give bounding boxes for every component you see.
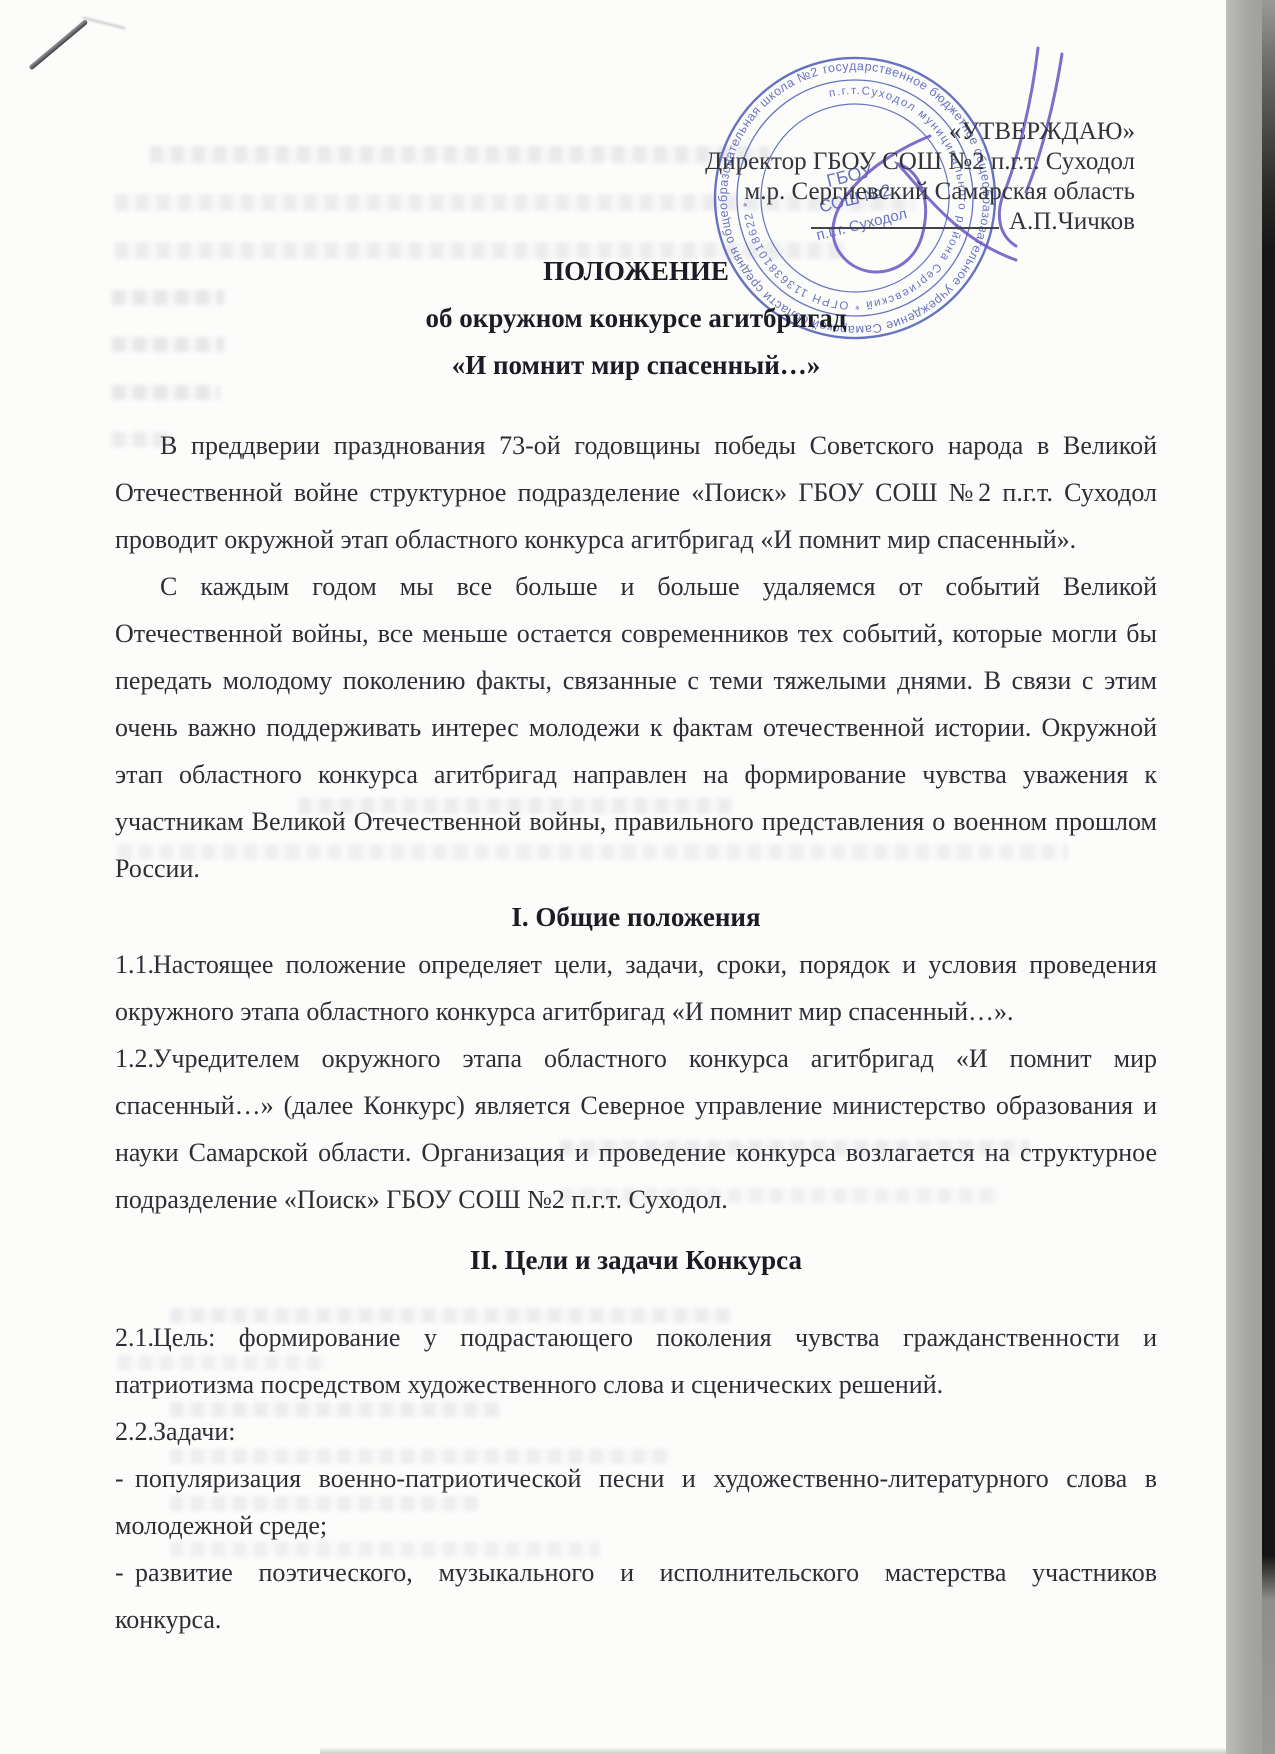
approval-block: «УТВЕРЖДАЮ» Директор ГБОУ СОШ №2 п.г.т. …: [705, 117, 1135, 237]
line-text: очень важно поддерживать интерес молодеж…: [115, 704, 1157, 751]
approval-director-line: Директор ГБОУ СОШ №2 п.г.т. Суходол: [705, 147, 1135, 177]
paragraph: -популяризация военно-патриотической пес…: [115, 1455, 1157, 1549]
text-line: конкурса.: [115, 1596, 1157, 1643]
text-line: проводит окружной этап областного конкур…: [115, 516, 1157, 563]
line-text: популяризация военно-патриотической песн…: [135, 1455, 1157, 1502]
paragraph: 2.2.Задачи:: [115, 1408, 1157, 1455]
paragraph: -развитие поэтического, музыкального и и…: [115, 1549, 1157, 1643]
line-text: Задачи:: [153, 1408, 1157, 1455]
line-text: патриотизма посредством художественного …: [115, 1361, 1157, 1408]
text-line: этап областного конкурса агитбригад напр…: [115, 751, 1157, 798]
line-text: подразделение «Поиск» ГБОУ СОШ №2 п.г.т.…: [115, 1176, 1157, 1223]
item-number: 2.2.: [115, 1408, 154, 1455]
line-text: окружного этапа областного конкурса агит…: [115, 988, 1157, 1035]
section-heading: I. Общие положения: [115, 894, 1157, 941]
text-line: подразделение «Поиск» ГБОУ СОШ №2 п.г.т.…: [115, 1176, 1157, 1223]
approval-district-line: м.р. Сергиевский Самарская область: [705, 177, 1135, 207]
item-number: -: [115, 1455, 124, 1502]
paragraph: В преддверии празднования 73-ой годовщин…: [115, 422, 1157, 563]
paragraph: 2.1.Цель: формирование у подрастающего п…: [115, 1314, 1157, 1408]
line-text: России.: [115, 845, 1157, 892]
line-text: Цель: формирование у подрастающего покол…: [153, 1314, 1157, 1361]
text-line: В преддверии празднования 73-ой годовщин…: [115, 422, 1157, 469]
text-line: -развитие поэтического, музыкального и и…: [115, 1549, 1157, 1596]
signature-line: [811, 226, 999, 229]
approval-word: «УТВЕРЖДАЮ»: [705, 117, 1135, 147]
text-line: молодежной среде;: [115, 1502, 1157, 1549]
line-text: С каждым годом мы все больше и больше уд…: [115, 563, 1157, 610]
text-line: Отечественной войны, все меньше остается…: [115, 610, 1157, 657]
line-text: конкурса.: [115, 1596, 1157, 1643]
document-body: В преддверии празднования 73-ой годовщин…: [115, 422, 1157, 1643]
item-number: 1.1.: [115, 941, 154, 988]
line-text: науки Самарской области. Организация и п…: [115, 1129, 1157, 1176]
line-text: участникам Великой Отечественной войны, …: [115, 798, 1157, 845]
item-number: -: [115, 1549, 124, 1596]
text-line: С каждым годом мы все больше и больше уд…: [115, 563, 1157, 610]
text-line: участникам Великой Отечественной войны, …: [115, 798, 1157, 845]
line-text: Учредителем окружного этапа областного к…: [153, 1035, 1157, 1082]
text-line: 2.2.Задачи:: [115, 1408, 1157, 1455]
signatory-name: А.П.Чичков: [1009, 208, 1135, 235]
line-text: проводит окружной этап областного конкур…: [115, 516, 1157, 563]
title-line1: ПОЛОЖЕНИЕ: [115, 248, 1157, 295]
text-line: России.: [115, 845, 1157, 892]
line-text: Отечественной войне структурное подразде…: [115, 469, 1157, 516]
line-text: передать молодому поколению факты, связа…: [115, 657, 1157, 704]
item-number: 2.1.: [115, 1314, 154, 1361]
text-line: окружного этапа областного конкурса агит…: [115, 988, 1157, 1035]
scanner-bottom-edge: [320, 1747, 1226, 1754]
section-heading: II. Цели и задачи Конкурса: [115, 1237, 1157, 1284]
text-line: патриотизма посредством художественного …: [115, 1361, 1157, 1408]
text-line: Отечественной войне структурное подразде…: [115, 469, 1157, 516]
item-number: 1.2.: [115, 1035, 154, 1082]
line-text: молодежной среде;: [115, 1502, 1157, 1549]
staple-mark: [28, 19, 88, 70]
text-line: передать молодому поколению факты, связа…: [115, 657, 1157, 704]
paragraph: 1.1.Настоящее положение определяет цели,…: [115, 941, 1157, 1035]
bleed-through-artifact: [150, 146, 770, 163]
scanner-edge-shadow: [1262, 0, 1275, 1754]
text-line: -популяризация военно-патриотической пес…: [115, 1455, 1157, 1502]
text-line: науки Самарской области. Организация и п…: [115, 1129, 1157, 1176]
line-text: спасенный…» (далее Конкурс) является Сев…: [115, 1082, 1157, 1129]
text-line: спасенный…» (далее Конкурс) является Сев…: [115, 1082, 1157, 1129]
document-title: ПОЛОЖЕНИЕ об окружном конкурсе агитбрига…: [115, 248, 1157, 389]
text-line: 1.1.Настоящее положение определяет цели,…: [115, 941, 1157, 988]
approval-signature-row: А.П.Чичков: [705, 207, 1135, 237]
line-text: этап областного конкурса агитбригад напр…: [115, 751, 1157, 798]
line-text: В преддверии празднования 73-ой годовщин…: [115, 422, 1157, 469]
line-text: Настоящее положение определяет цели, зад…: [153, 941, 1157, 988]
text-line: 1.2.Учредителем окружного этапа областно…: [115, 1035, 1157, 1082]
pencil-mark: [82, 17, 125, 30]
text-line: очень важно поддерживать интерес молодеж…: [115, 704, 1157, 751]
paragraph: 1.2.Учредителем окружного этапа областно…: [115, 1035, 1157, 1223]
text-line: 2.1.Цель: формирование у подрастающего п…: [115, 1314, 1157, 1361]
line-text: Отечественной войны, все меньше остается…: [115, 610, 1157, 657]
line-text: развитие поэтического, музыкального и ис…: [135, 1549, 1157, 1596]
scanned-document-page: государственное бюджетное общеобразовате…: [0, 0, 1275, 1754]
paragraph: С каждым годом мы все больше и больше уд…: [115, 563, 1157, 892]
title-line2: об окружном конкурсе агитбригад: [115, 295, 1157, 342]
title-line3: «И помнит мир спасенный…»: [115, 342, 1157, 389]
